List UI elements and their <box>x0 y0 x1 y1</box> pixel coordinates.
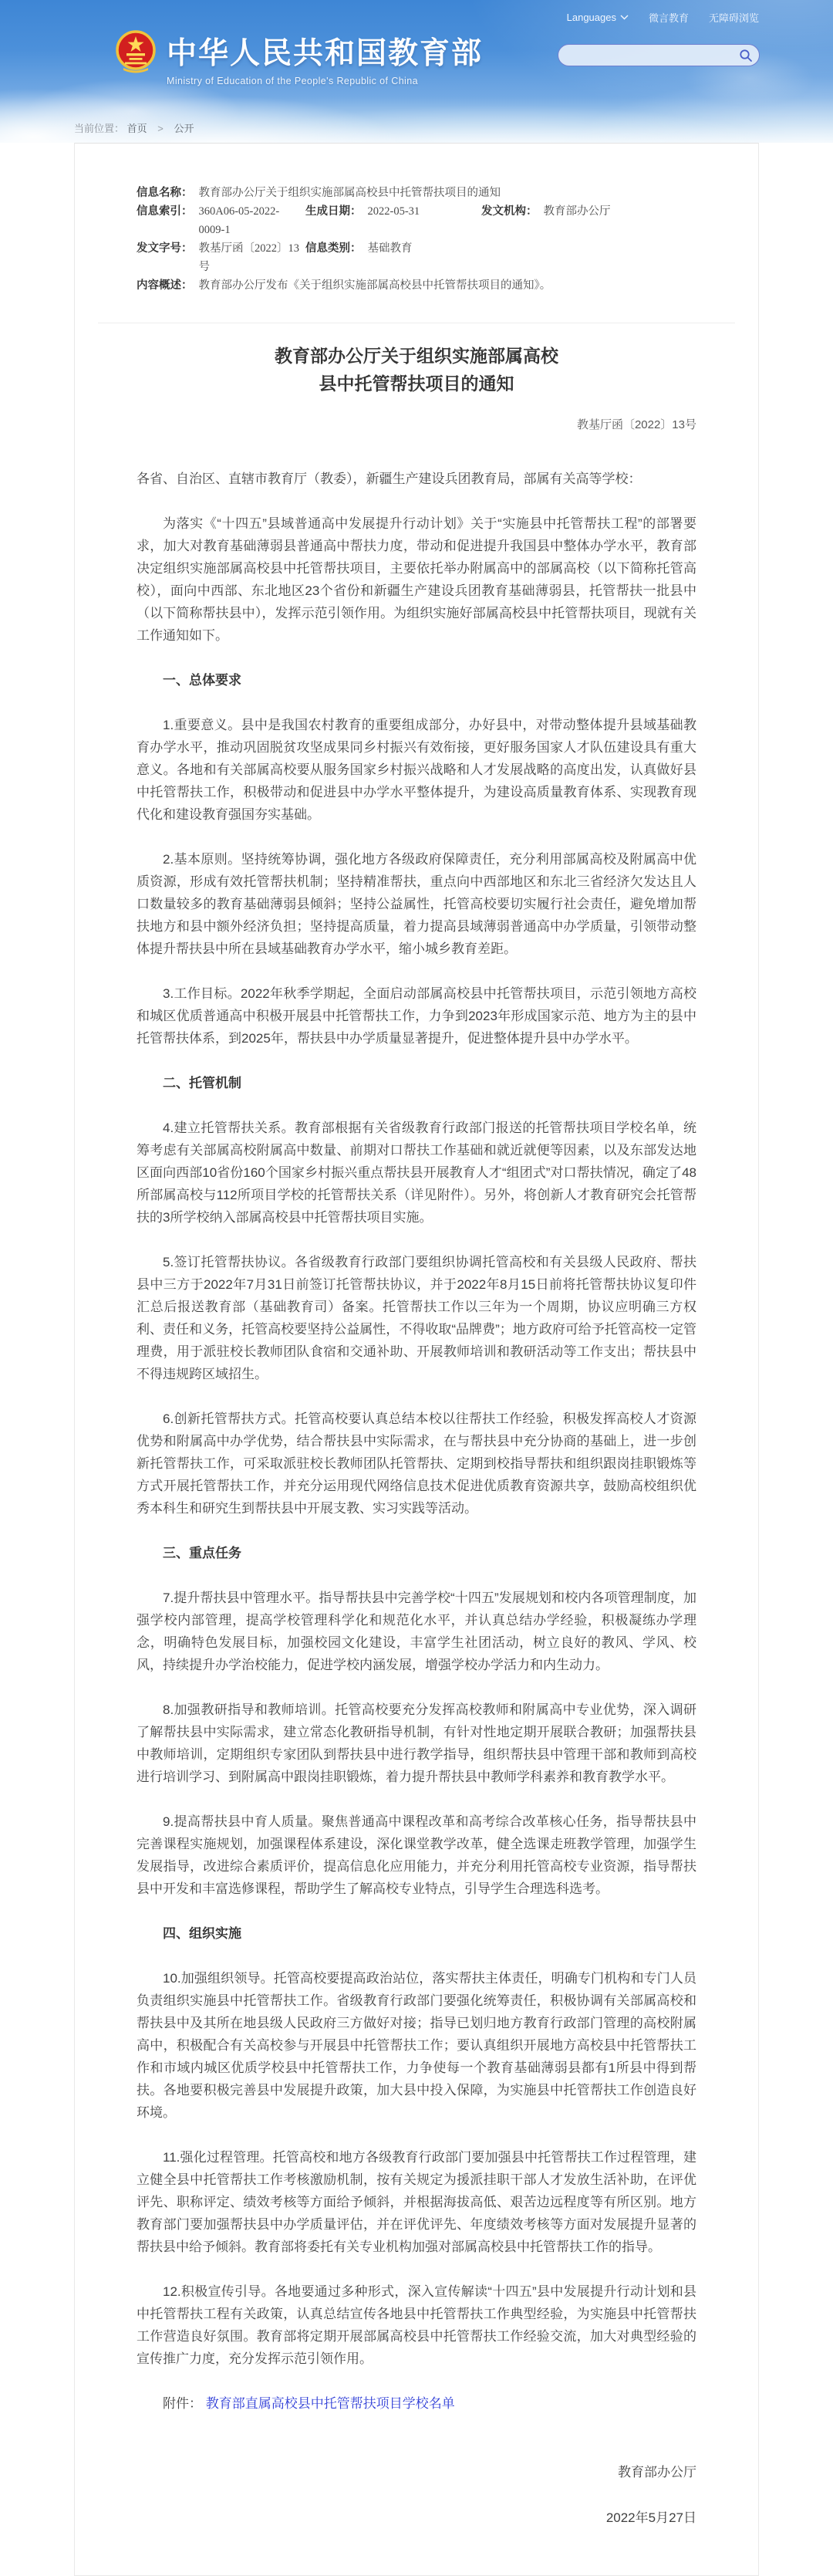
meta-name-label: 信息名称： <box>137 184 193 202</box>
languages-menu[interactable]: Languages <box>567 12 629 23</box>
salutation: 各省、自治区、直辖市教育厅（教委），新疆生产建设兵团教育局，部属有关高等学校： <box>137 468 696 490</box>
meta-divider <box>98 323 735 323</box>
search-input[interactable] <box>569 45 739 66</box>
body-paragraph: 2.基本原则。坚持统筹协调，强化地方各级政府保障责任，充分利用部属高校及附属高中… <box>137 848 696 960</box>
meta-summary-label: 内容概述： <box>137 276 193 295</box>
body-paragraph: 为落实《“十四五”县域普通高中发展提升行动计划》关于“实施县中托管帮扶工程”的部… <box>137 512 696 647</box>
section-heading-2: 二、托管机制 <box>137 1072 696 1094</box>
languages-label: Languages <box>567 12 616 23</box>
document-date: 2022年5月27日 <box>137 2507 696 2529</box>
meta-summary-value: 教育部办公厅发布《关于组织实施部属高校县中托管帮扶项目的通知》。 <box>199 276 551 295</box>
meta-category-label: 信息类别： <box>305 239 362 276</box>
search-button[interactable] <box>739 49 753 63</box>
body-paragraph: 12.积极宣传引导。各地要通过多种形式，深入宣传解读“十四五”县中发展提升行动计… <box>137 2280 696 2370</box>
body-paragraph: 1.重要意义。县中是我国农村教育的重要组成部分，办好县中，对带动整体提升县域基础… <box>137 714 696 826</box>
body-paragraph: 4.建立托管帮扶关系。教育部根据有关省级教育行政部门报送的托管帮扶项目学校名单，… <box>137 1117 696 1229</box>
body-paragraph: 6.创新托管帮扶方式。托管高校要认真总结本校以往帮扶工作经验，积极发挥高校人才资… <box>137 1408 696 1520</box>
document-title-line1: 教育部办公厅关于组织实施部属高校 <box>137 342 696 370</box>
meta-date-label: 生成日期： <box>305 202 362 239</box>
document-number: 教基厅函〔2022〕13号 <box>137 416 696 432</box>
body-paragraph: 9.提高帮扶县中育人质量。聚焦普通高中课程改革和高考综合改革核心任务，指导帮扶县… <box>137 1810 696 1900</box>
national-emblem-icon <box>116 29 156 76</box>
chevron-down-icon <box>620 15 629 20</box>
body-paragraph: 7.提升帮扶县中管理水平。指导帮扶县中完善学校“十四五”发展规划和校内各项管理制… <box>137 1587 696 1676</box>
attachment-line: 附件： 教育部直属高校县中托管帮扶项目学校名单 <box>137 2392 696 2415</box>
search-box <box>558 44 760 66</box>
breadcrumb-section-link[interactable]: 公开 <box>174 123 194 134</box>
body-paragraph: 11.强化过程管理。托管高校和地方各级教育行政部门要加强县中托管帮扶工作过程管理… <box>137 2146 696 2258</box>
site-title-en: Ministry of Education of the People's Re… <box>167 76 483 86</box>
meta-row-docnum: 发文字号： 教基厅函〔2022〕13号 信息类别： 基础教育 <box>137 239 696 276</box>
body-paragraph: 3.工作目标。2022年秋季学期起，全面启动部属高校县中托管帮扶项目，示范引领地… <box>137 982 696 1050</box>
site-title-cn: 中华人民共和国教育部 <box>167 29 483 73</box>
breadcrumb-label: 当前位置： <box>74 123 124 134</box>
meta-row-summary: 内容概述： 教育部办公厅发布《关于组织实施部属高校县中托管帮扶项目的通知》。 <box>137 276 696 295</box>
body-paragraph: 8.加强教研指导和教师培训。托管高校要充分发挥高校教师和附属高中专业优势，深入调… <box>137 1699 696 1788</box>
meta-index-label: 信息索引： <box>137 202 193 239</box>
breadcrumb-home-link[interactable]: 首页 <box>127 123 147 134</box>
content-panel: 信息名称： 教育部办公厅关于组织实施部属高校县中托管帮扶项目的通知 信息索引： … <box>74 143 759 2576</box>
meta-category-value: 基础教育 <box>368 239 413 276</box>
moe-logo[interactable]: 中华人民共和国教育部 Ministry of Education of the … <box>116 29 483 86</box>
body-paragraph: 10.加强组织领导。托管高校要提高政治站位，落实帮扶主体责任，明确专门机构和专门… <box>137 1967 696 2124</box>
meta-agency-value: 教育部办公厅 <box>544 202 611 239</box>
meta-row-name: 信息名称： 教育部办公厅关于组织实施部属高校县中托管帮扶项目的通知 <box>137 184 696 202</box>
meta-date-value: 2022-05-31 <box>368 202 420 239</box>
meta-name-value: 教育部办公厅关于组织实施部属高校县中托管帮扶项目的通知 <box>199 184 501 202</box>
attachment-link[interactable]: 教育部直属高校县中托管帮扶项目学校名单 <box>206 2396 455 2411</box>
weiyan-jiaoyu-link[interactable]: 微言教育 <box>649 10 689 25</box>
section-heading-3: 三、重点任务 <box>137 1542 696 1564</box>
body-paragraph: 5.签订托管帮扶协议。各省级教育行政部门要组织协调托管高校和有关县级人民政府、帮… <box>137 1251 696 1385</box>
site-header: Languages 微言教育 无障碍浏览 中华人民共和国教育部 Ministry… <box>0 0 833 143</box>
breadcrumb: 当前位置： 首页 > 公开 <box>74 120 194 135</box>
meta-row-index: 信息索引： 360A06-05-2022-0009-1 生成日期： 2022-0… <box>137 202 696 239</box>
meta-docnum-label: 发文字号： <box>137 239 193 276</box>
document-title-line2: 县中托管帮扶项目的通知 <box>137 370 696 397</box>
meta-agency-label: 发文机构： <box>481 202 538 239</box>
brand-text: 中华人民共和国教育部 Ministry of Education of the … <box>167 29 483 86</box>
meta-index-value: 360A06-05-2022-0009-1 <box>199 202 306 239</box>
section-heading-4: 四、组织实施 <box>137 1922 696 1945</box>
document-meta: 信息名称： 教育部办公厅关于组织实施部属高校县中托管帮扶项目的通知 信息索引： … <box>137 184 696 295</box>
search-icon <box>739 49 753 63</box>
utility-bar: Languages 微言教育 无障碍浏览 <box>567 10 759 25</box>
attachment-label: 附件： <box>163 2396 202 2411</box>
meta-docnum-value: 教基厅函〔2022〕13号 <box>199 239 306 276</box>
document-signoff: 教育部办公厅 <box>137 2461 696 2483</box>
document-title: 教育部办公厅关于组织实施部属高校 县中托管帮扶项目的通知 <box>137 342 696 397</box>
breadcrumb-separator: > <box>157 123 164 134</box>
accessibility-link[interactable]: 无障碍浏览 <box>709 10 759 25</box>
section-heading-1: 一、总体要求 <box>137 669 696 691</box>
